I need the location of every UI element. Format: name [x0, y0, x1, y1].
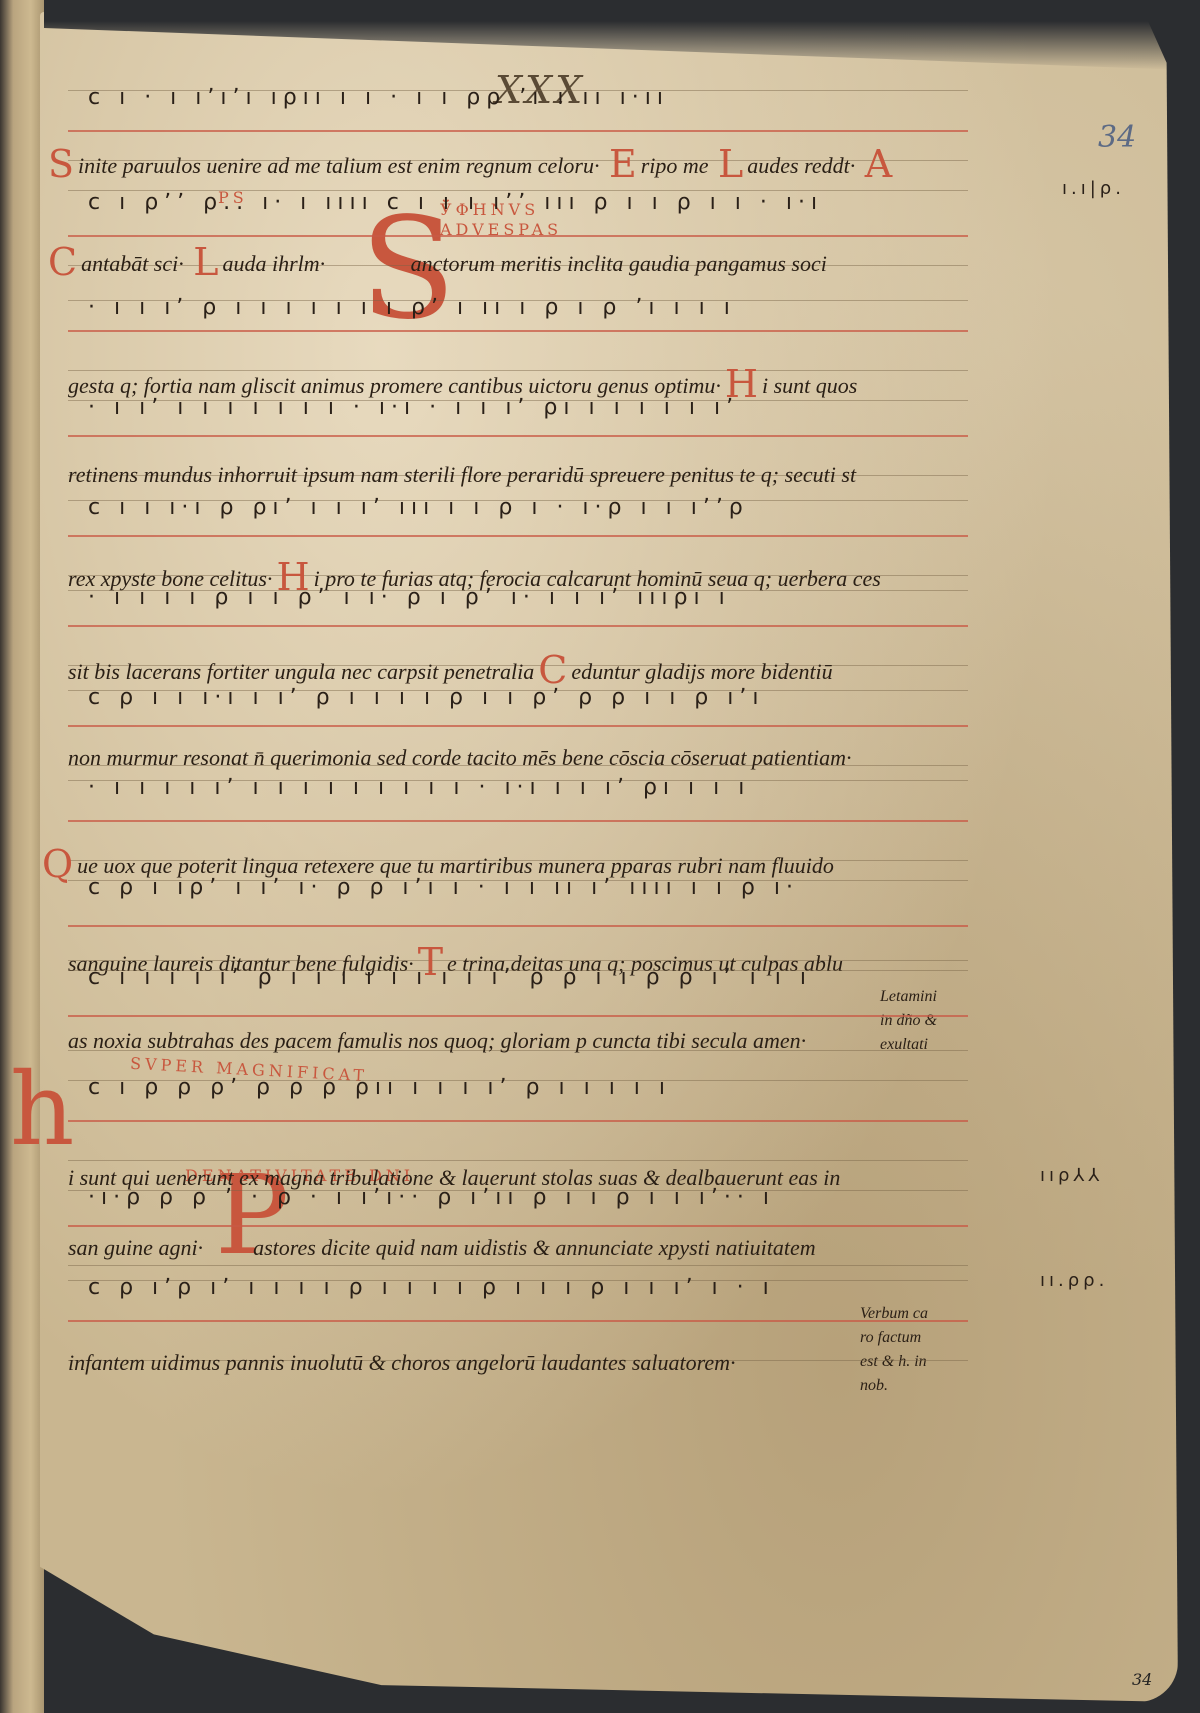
chant-system-3: · ı ı ıʼ ρ ı ı ı ı ı ı ı ρʼ ı ıı ı ρ ı ρ… [68, 290, 968, 390]
neume-row: · ı ı ı ı ρ ı ı ρʼ ı ı· ρ ı ρʼ ı· ı ı ıʼ… [88, 585, 731, 610]
text-line: non murmur resonat n̄ querimonia sed cor… [68, 745, 852, 771]
chant-system-12: ·ı·ρ ρ ρ ʼ · ρ · ı ıʼı·· ρ ıʼıı ρ ı ı ρ … [68, 1180, 968, 1280]
chant-system-4: · ı ıʼ ı ı ı ı ı ı ı · ı·ı · ı ı ıʼ ρı ı… [68, 390, 968, 490]
neume-row: c ı ı ı·ı ρ ρıʼ ı ı ıʼ ııı ı ı ρ ı · ı·ρ… [88, 495, 749, 520]
text-line: san guine agni·astores dicite quid nam u… [68, 1235, 816, 1261]
chant-system-6: · ı ı ı ı ρ ı ı ρʼ ı ı· ρ ı ρʼ ı· ı ı ıʼ… [68, 580, 968, 680]
decorated-initial-h: h [10, 1060, 74, 1160]
text-line: infantem uidimus pannis inuolutū & choro… [68, 1350, 736, 1376]
margin-neumes: ııρ⅄⅄ [1040, 1165, 1103, 1186]
neume-row: · ı ıʼ ı ı ı ı ı ı ı · ı·ı · ı ı ıʼ ρı ı… [88, 395, 739, 420]
text-line: Cantabāt sci· Lauda ihrlm· anctorum meri… [44, 240, 827, 284]
neume-row: c ı · ı ıʼıʼı ıρıı ı ı · ı ı ρρ ʼı ı ıı … [88, 85, 669, 110]
neume-row: c ρ ıʼρ ıʼ ı ı ı ı ρ ı ı ı ı ρ ı ı ı ρ ı… [88, 1275, 775, 1300]
margin-neumes: ıı.ρρ. [1040, 1270, 1108, 1291]
chant-system-11: c ı ρ ρ ρʼ ρ ρ ρ ρıı ı ı ı ıʼ ρ ı ı ı ı … [68, 1060, 968, 1180]
neume-row: c ı ρʼʼ ρ.. ı· ı ıııı c ı ı ı ıʼʼ ııı ρ … [88, 190, 823, 215]
neume-row: c ı ρ ρ ρʼ ρ ρ ρ ρıı ı ı ı ıʼ ρ ı ı ı ı … [88, 1075, 671, 1100]
folio-number-top: 34 [1098, 120, 1136, 155]
chant-system-13: c ρ ıʼρ ıʼ ı ı ı ı ρ ı ı ı ı ρ ı ı ı ρ ı… [68, 1270, 968, 1380]
chant-system-10: c ı ı ı ı ıʼ ρ ı ı ı ı ı ı ı ı ıʼ ρ ρ ı … [68, 960, 968, 1070]
neume-row: · ı ı ı ı ıʼ ı ı ı ı ı ı ı ı ı · ı·ı ı ı… [88, 775, 750, 800]
chant-system-2: c ı ρʼʼ ρ.. ı· ı ıııı c ı ı ı ıʼʼ ııı ρ … [68, 180, 968, 270]
text-line: as noxia subtrahas des pacem famulis nos… [68, 1028, 806, 1054]
neume-row: c ı ı ı ı ıʼ ρ ı ı ı ı ı ı ı ı ıʼ ρ ρ ı … [88, 965, 812, 990]
chant-system-1: c ı · ı ıʼıʼı ıρıı ı ı · ı ı ρρ ʼı ı ıı … [68, 80, 968, 170]
chant-system-8: · ı ı ı ı ıʼ ı ı ı ı ı ı ı ı ı · ı·ı ı ı… [68, 770, 968, 880]
chant-system-5: c ı ı ı·ı ρ ρıʼ ı ı ıʼ ııı ı ı ρ ı · ı·ρ… [68, 490, 968, 590]
neume-row: ·ı·ρ ρ ρ ʼ · ρ · ı ıʼı·· ρ ıʼıı ρ ı ı ρ … [88, 1185, 775, 1210]
chant-system-7: c ρ ı ı ı·ı ı ıʼ ρ ı ı ı ı ρ ı ı ρʼ ρ ρ … [68, 680, 968, 780]
folio-number-bottom: 34 [1132, 1670, 1152, 1689]
neume-row: c ρ ı ıρʼ ı ıʼ ı· ρ ρ ıʼı ı · ı ı ıı ıʼ … [88, 875, 799, 900]
margin-neumes: ı.ı|ρ. [1062, 178, 1125, 199]
text-line: retinens mundus inhorruit ipsum nam ster… [68, 462, 856, 488]
neume-row: · ı ı ıʼ ρ ı ı ı ı ı ı ı ρʼ ı ıı ı ρ ı ρ… [88, 295, 736, 320]
neume-row: c ρ ı ı ı·ı ı ıʼ ρ ı ı ı ı ρ ı ı ρʼ ρ ρ … [88, 685, 764, 710]
